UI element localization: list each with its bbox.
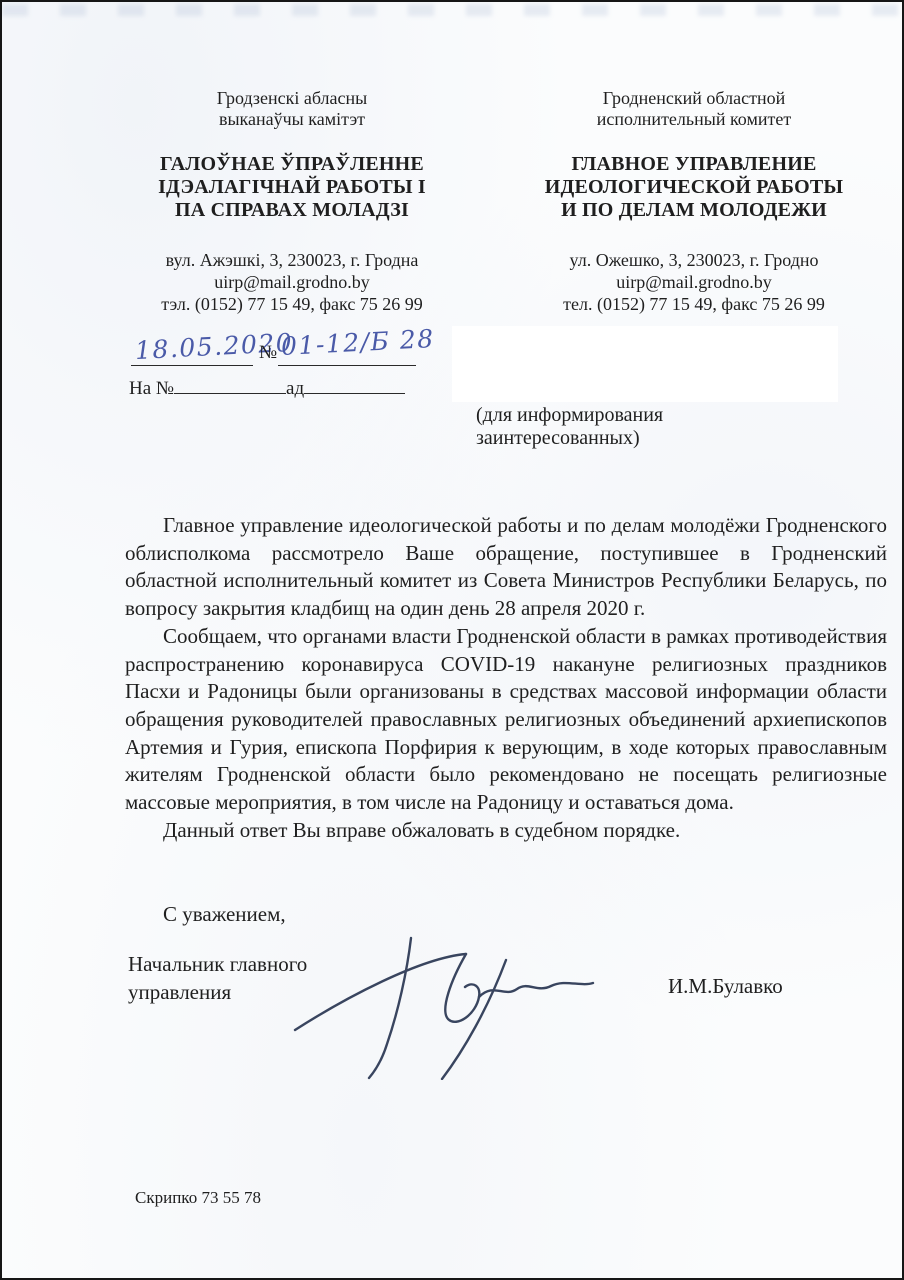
number-sign: № (259, 342, 277, 364)
signer-name: И.М.Булавко (668, 972, 783, 1000)
handwritten-signature (290, 930, 600, 1080)
addressee-note: (для информирования заинтересованных) (476, 404, 663, 450)
reply-prefix: На № (129, 378, 174, 399)
reply-reference-line: На №ад (129, 376, 405, 400)
department-by-line1: ГАЛОЎНАЕ ЎПРАЎЛЕННЕ (107, 153, 477, 176)
org-name-ru-line2: исполнительный комитет (500, 109, 888, 130)
scanned-letter-page: Гродзенскі абласны выканаўчы камітэт ГАЛ… (0, 0, 904, 1280)
department-ru-line1: ГЛАВНОЕ УПРАВЛЕНИЕ (500, 153, 888, 176)
executor-note: Скрипко 73 55 78 (135, 1188, 261, 1208)
department-ru-line3: И ПО ДЕЛАМ МОЛОДЕЖИ (500, 199, 888, 222)
address-by-email: uirp@mail.grodno.by (107, 271, 477, 293)
department-by-line2: ІДЭАЛАГІЧНАЙ РАБОТЫ І (107, 176, 477, 199)
org-name-by-line2: выканаўчы камітэт (107, 109, 477, 130)
addressee-note-line2: заинтересованных) (476, 427, 663, 450)
redacted-addressee-box (452, 326, 838, 402)
department-by-line3: ПА СПРАВАХ МОЛАДЗІ (107, 199, 477, 222)
paragraph-1: Главное управление идеологической работы… (125, 512, 887, 623)
address-ru-phone: тел. (0152) 77 15 49, факс 75 26 99 (500, 293, 888, 315)
department-ru-line2: ИДЕОЛОГИЧЕСКОЙ РАБОТЫ (500, 176, 888, 199)
address-by-street: вул. Ажэшкі, 3, 230023, г. Гродна (107, 249, 477, 271)
date-underline (131, 365, 253, 366)
reply-date-underline (304, 376, 405, 394)
addressee-note-line1: (для информирования (476, 404, 663, 427)
reply-infix: ад (286, 378, 304, 399)
reply-number-underline (174, 376, 286, 394)
address-by-phone: тэл. (0152) 77 15 49, факс 75 26 99 (107, 293, 477, 315)
scan-artifact-strip (2, 4, 902, 16)
letterhead-right: Гродненский областной исполнительный ком… (500, 88, 888, 315)
org-name-ru-line1: Гродненский областной (500, 88, 888, 109)
signer-title-line1: Начальник главного (128, 950, 307, 978)
closing-salutation: С уважением, (163, 902, 286, 927)
address-ru-street: ул. Ожешко, 3, 230023, г. Гродно (500, 249, 888, 271)
handwritten-number: 01-12/Б 28 (280, 324, 435, 361)
paragraph-2: Сообщаем, что органами власти Гродненско… (125, 623, 887, 817)
letter-body: Главное управление идеологической работы… (125, 512, 887, 844)
signer-title-line2: управления (128, 978, 307, 1006)
number-underline (278, 365, 416, 366)
letterhead-left: Гродзенскі абласны выканаўчы камітэт ГАЛ… (107, 88, 477, 315)
paragraph-3: Данный ответ Вы вправе обжаловать в суде… (125, 817, 887, 845)
org-name-by-line1: Гродзенскі абласны (107, 88, 477, 109)
address-ru-email: uirp@mail.grodno.by (500, 271, 888, 293)
